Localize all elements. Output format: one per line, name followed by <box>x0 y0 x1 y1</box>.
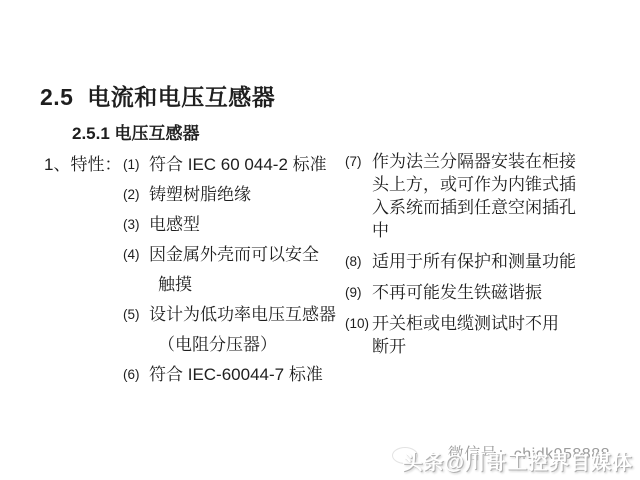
section-subtitle: 2.5.1 电压互感器 <box>72 119 200 144</box>
list-item: (9) 不再可能发生铁磁谐振 <box>345 281 637 304</box>
list-item: (6) 符合 IEC-60044-7 标准 <box>123 360 346 390</box>
item-marker: (2) <box>123 180 149 210</box>
item-line: 断开 <box>372 335 637 358</box>
slide-page: 2.5 电流和电压互感器 2.5.1 电压互感器 1、特性： (1) 符合 IE… <box>0 0 640 480</box>
item-marker: (10) <box>345 312 372 335</box>
item-line: 头上方，或可作为内锥式插 <box>372 173 637 196</box>
list-item: (10) 开关柜或电缆测试时不用 断开 <box>345 312 637 358</box>
item-line: 触摸 <box>149 270 346 300</box>
item-text: 开关柜或电缆测试时不用 断开 <box>372 312 637 358</box>
list-item: (3) 电感型 <box>123 210 346 240</box>
item-line: 不再可能发生铁磁谐振 <box>372 281 637 304</box>
list-item: (7) 作为法兰分隔器安装在柜接 头上方，或可作为内锥式插 入系统而插到任意空闲… <box>345 150 637 242</box>
list-item: (5) 设计为低功率电压互感器 （电阻分压器） <box>123 300 346 360</box>
item-marker: (6) <box>123 360 149 390</box>
feature-list-right-column: (7) 作为法兰分隔器安装在柜接 头上方，或可作为内锥式插 入系统而插到任意空闲… <box>345 150 637 366</box>
item-line: （电阻分压器） <box>149 330 346 360</box>
item-line: 符合 IEC 60 044-2 标准 <box>149 150 346 180</box>
item-line: 符合 IEC-60044-7 标准 <box>149 360 346 390</box>
item-line: 作为法兰分隔器安装在柜接 <box>372 150 637 173</box>
item-line: 开关柜或电缆测试时不用 <box>372 312 637 335</box>
item-marker: (3) <box>123 210 149 240</box>
item-marker: (4) <box>123 240 149 270</box>
item-line: 适用于所有保护和测量功能 <box>372 250 637 273</box>
list-item: (4) 因金属外壳而可以安全 触摸 <box>123 240 346 300</box>
item-line: 中 <box>372 219 637 242</box>
list-item: (8) 适用于所有保护和测量功能 <box>345 250 637 273</box>
item-text: 电感型 <box>149 210 346 240</box>
item-line: 设计为低功率电压互感器 <box>149 300 346 330</box>
watermark-toutiao-handle: 头条@川哥工控界自媒体 <box>402 446 633 475</box>
item-text: 适用于所有保护和测量功能 <box>372 250 637 273</box>
item-text: 符合 IEC 60 044-2 标准 <box>149 150 346 180</box>
item-marker: (9) <box>345 281 372 304</box>
item-text: 符合 IEC-60044-7 标准 <box>149 360 346 390</box>
item-text: 设计为低功率电压互感器 （电阻分压器） <box>149 300 346 360</box>
feature-list-label: 1、特性： <box>44 150 123 180</box>
item-marker: (8) <box>345 250 372 273</box>
item-marker: (5) <box>123 300 149 330</box>
feature-list-left-column: 1、特性： (1) 符合 IEC 60 044-2 标准 (2) 铸塑树脂绝缘 … <box>44 150 346 390</box>
item-line: 因金属外壳而可以安全 <box>149 240 346 270</box>
list-item: (2) 铸塑树脂绝缘 <box>123 180 346 210</box>
item-marker: (1) <box>123 150 149 180</box>
page-title: 2.5 电流和电压互感器 <box>40 79 275 112</box>
item-text: 作为法兰分隔器安装在柜接 头上方，或可作为内锥式插 入系统而插到任意空闲插孔 中 <box>372 150 637 242</box>
item-line: 入系统而插到任意空闲插孔 <box>372 196 637 219</box>
item-line: 电感型 <box>149 210 346 240</box>
list-item: 1、特性： (1) 符合 IEC 60 044-2 标准 <box>44 150 346 180</box>
item-marker: (7) <box>345 150 372 173</box>
item-text: 铸塑树脂绝缘 <box>149 180 346 210</box>
item-text: 不再可能发生铁磁谐振 <box>372 281 637 304</box>
item-text: 因金属外壳而可以安全 触摸 <box>149 240 346 300</box>
item-line: 铸塑树脂绝缘 <box>149 180 346 210</box>
